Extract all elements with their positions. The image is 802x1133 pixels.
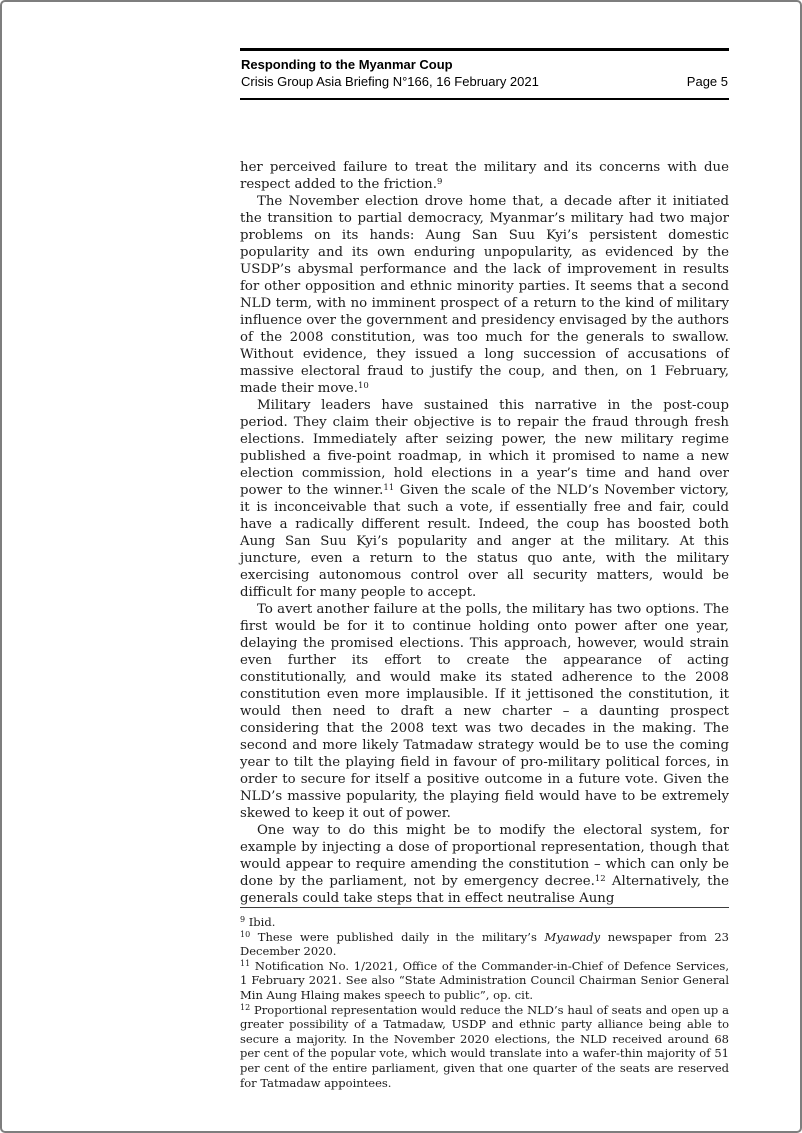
footnote-text: These were published daily in the milita… — [250, 930, 544, 944]
footnote-12: 12 Proportional representation would red… — [240, 1003, 729, 1091]
page-number: Page 5 — [687, 73, 728, 90]
document-title: Responding to the Myanmar Coup — [241, 56, 539, 73]
header-left: Responding to the Myanmar Coup Crisis Gr… — [241, 56, 539, 90]
footnote-text: Proportional representation would reduce… — [240, 1003, 729, 1090]
footnote-text: Notification No. 1/2021, Office of the C… — [240, 959, 729, 1002]
document-subtitle: Crisis Group Asia Briefing N°166, 16 Feb… — [241, 73, 539, 90]
header-bottom-rule — [240, 98, 729, 100]
footnote-separator-rule — [240, 907, 729, 908]
footnote-ref-11: 11 — [383, 483, 394, 493]
footnotes-section: 9 Ibid. 10 These were published daily in… — [240, 907, 729, 1090]
footnote-ref-10: 10 — [358, 381, 369, 391]
footnote-marker-12: 12 — [240, 1003, 250, 1012]
page-header: Responding to the Myanmar Coup Crisis Gr… — [240, 48, 729, 100]
paragraph-text: To avert another failure at the polls, t… — [240, 602, 729, 821]
footnote-text: Ibid. — [245, 915, 275, 929]
body-text: her perceived failure to treat the milit… — [240, 159, 729, 907]
paragraph-3: Military leaders have sustained this nar… — [240, 397, 729, 601]
content-column: Responding to the Myanmar Coup Crisis Gr… — [240, 2, 729, 1090]
footnote-marker-11: 11 — [240, 959, 250, 968]
footnote-text-italic: Myawady — [544, 930, 600, 944]
paragraph-text: The November election drove home that, a… — [240, 194, 729, 396]
paragraph-1: her perceived failure to treat the milit… — [240, 159, 729, 193]
footnote-ref-9: 9 — [437, 177, 442, 187]
paragraph-4: To avert another failure at the polls, t… — [240, 601, 729, 822]
paragraph-text: Given the scale of the NLD’s November vi… — [240, 483, 729, 600]
paragraph-5: One way to do this might be to modify th… — [240, 822, 729, 907]
footnote-9: 9 Ibid. — [240, 915, 729, 930]
footnote-10: 10 These were published daily in the mil… — [240, 930, 729, 959]
paragraph-text: her perceived failure to treat the milit… — [240, 160, 729, 192]
footnote-marker-9: 9 — [240, 915, 245, 924]
paragraph-2: The November election drove home that, a… — [240, 193, 729, 397]
header-row: Responding to the Myanmar Coup Crisis Gr… — [240, 51, 729, 98]
document-page: Responding to the Myanmar Coup Crisis Gr… — [0, 0, 802, 1133]
footnote-11: 11 Notification No. 1/2021, Office of th… — [240, 959, 729, 1003]
footnote-ref-12: 12 — [595, 874, 606, 884]
footnote-marker-10: 10 — [240, 930, 250, 939]
